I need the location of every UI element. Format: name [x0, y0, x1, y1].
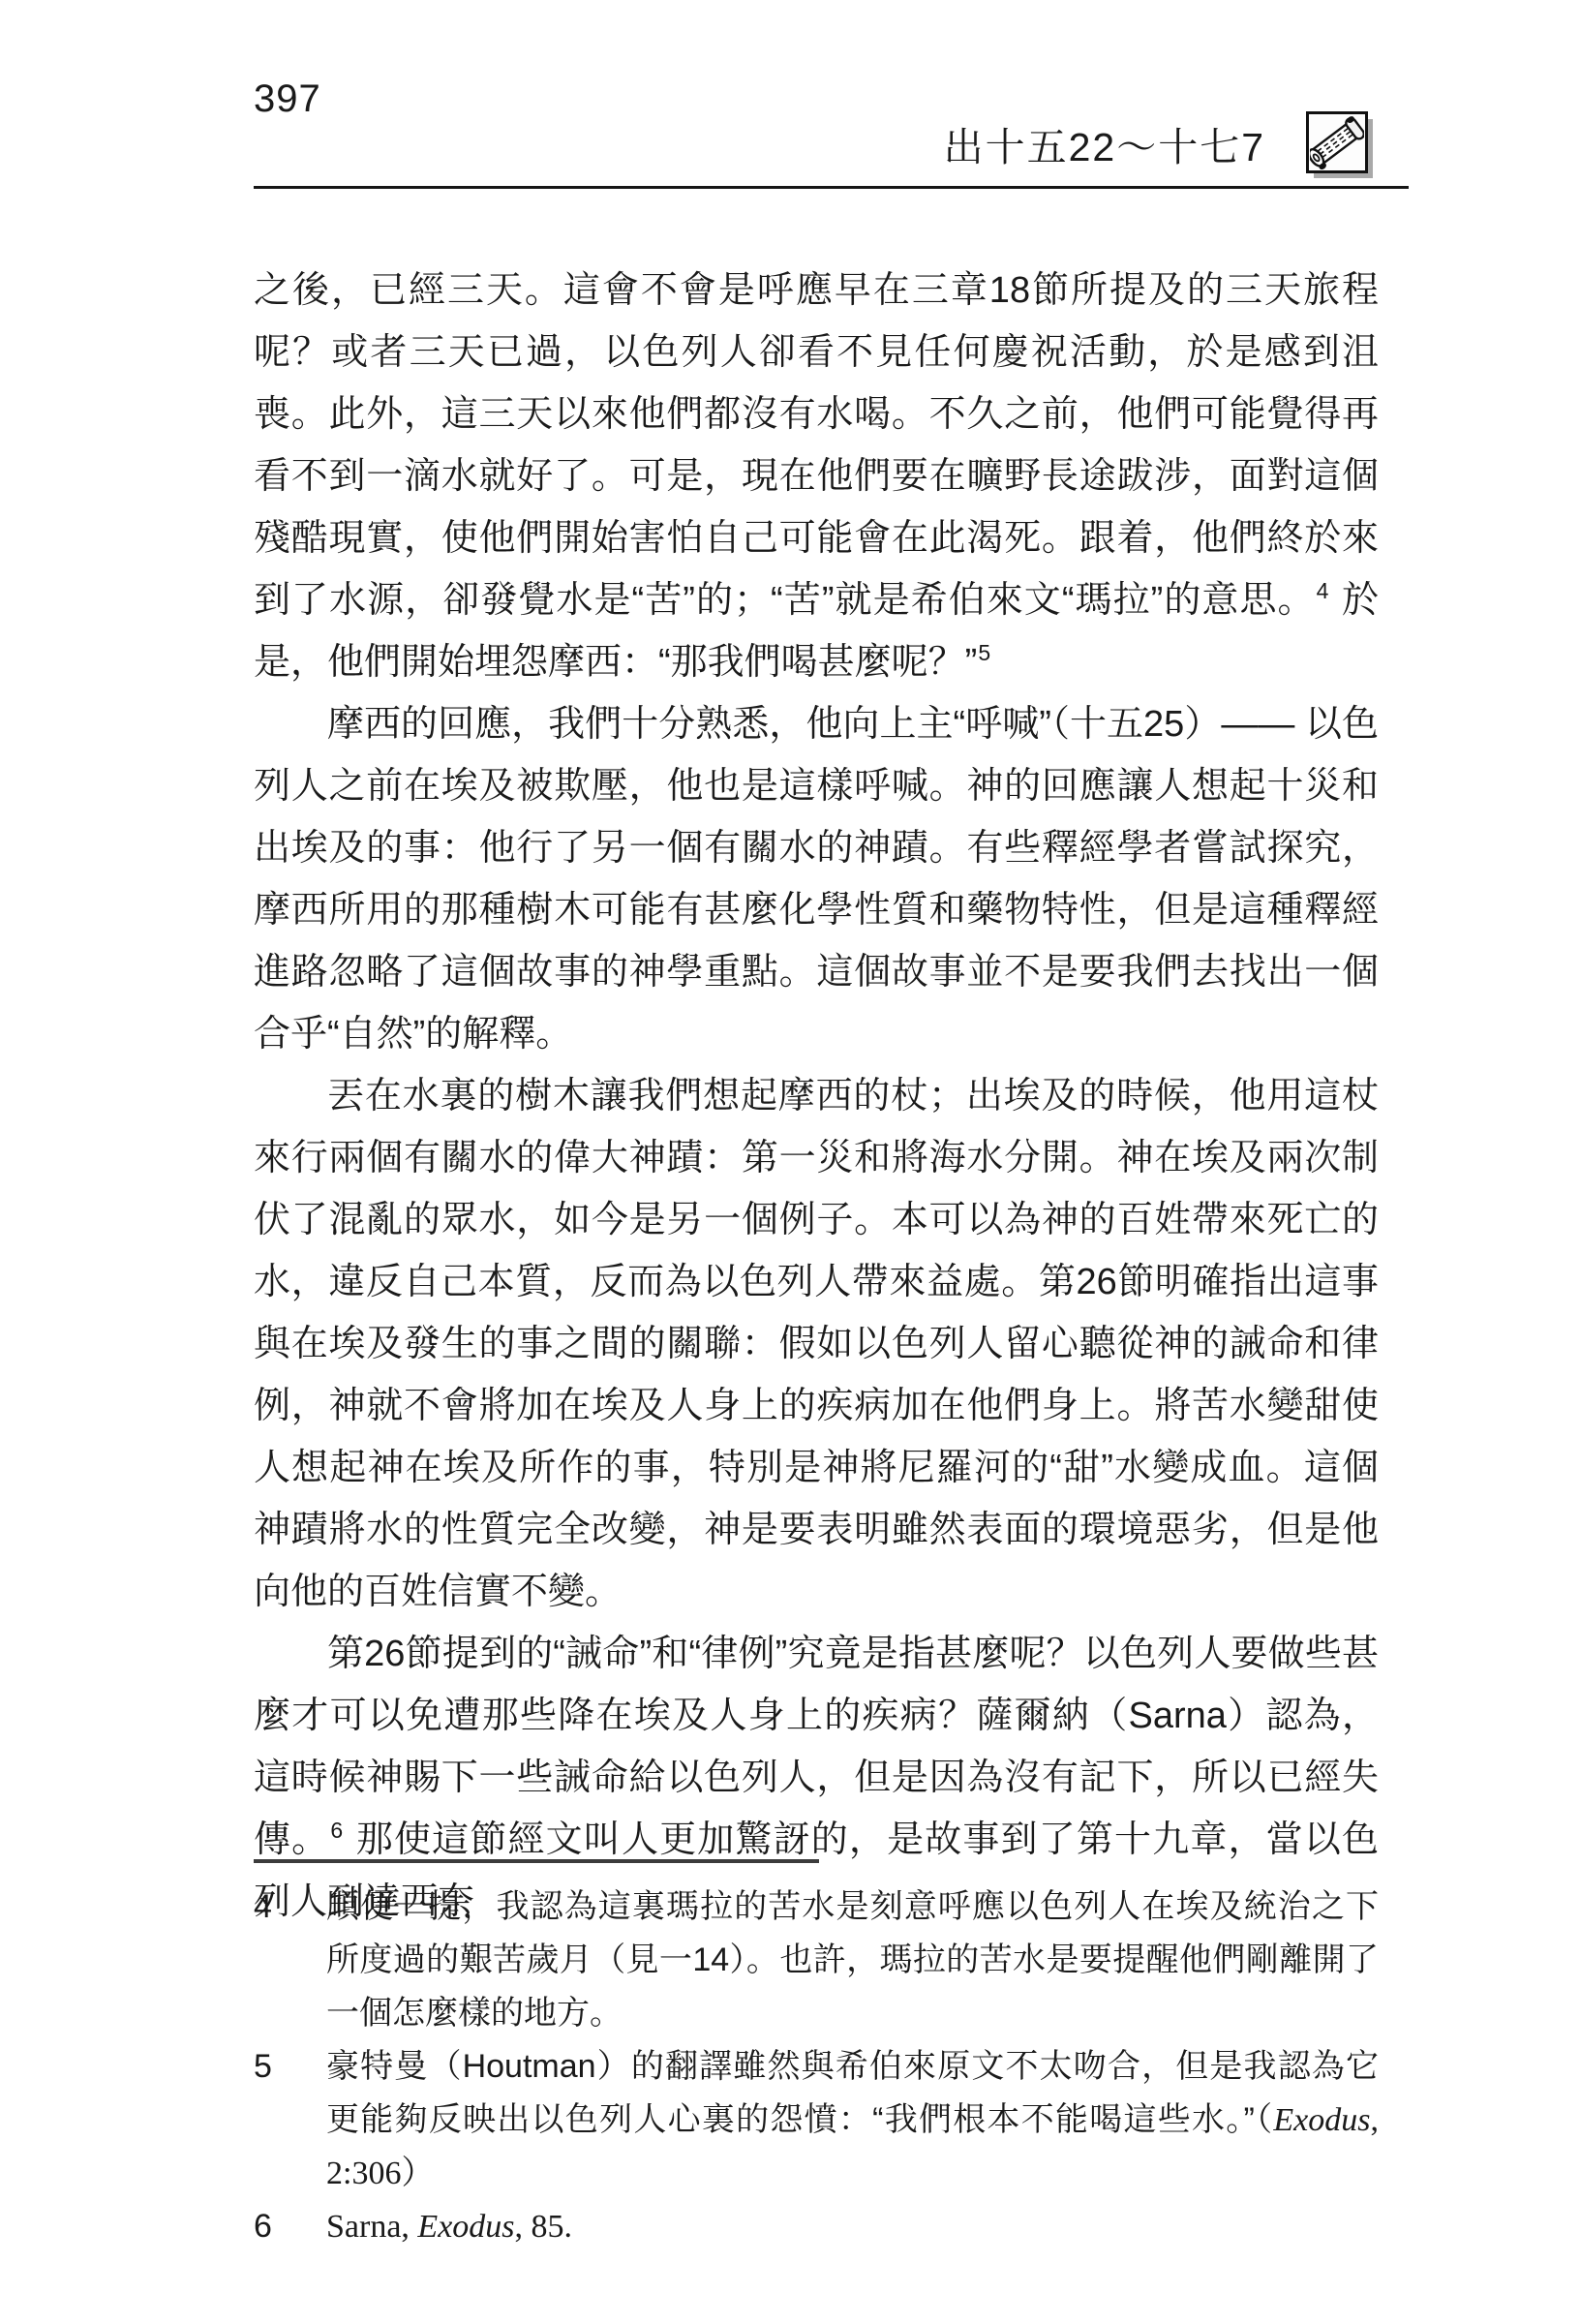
- paragraph-text: 摩西的回應，我們十分熟悉，他向上主“呼喊”（十五25）—— 以色列人之前在埃及被…: [254, 704, 1379, 1055]
- footnote-item: 5 豪特曼（Houtman）的翻譯雖然與希伯來原文不太吻合，但是我認為它更能夠反…: [254, 2040, 1379, 2200]
- footnote-number: 4: [254, 1881, 326, 1934]
- footnote-separator: [254, 1859, 819, 1863]
- footnote-ref-4: 4: [1316, 578, 1331, 603]
- footnote-text-part: , 85.: [515, 2209, 573, 2245]
- footnote-item: 6 Sarna, Exodus, 85.: [254, 2200, 1379, 2253]
- paragraph-text: 之後，已經三天。這會不會是呼應早在三章18節所提及的三天旅程呢？或者三天已過，以…: [254, 270, 1379, 621]
- paragraph: 摩西的回應，我們十分熟悉，他向上主“呼喊”（十五25）—— 以色列人之前在埃及被…: [254, 693, 1379, 1065]
- paragraph-text: 丟在水裏的樹木讓我們想起摩西的杖；出埃及的時候，他用這杖來行兩個有關水的偉大神蹟…: [254, 1076, 1379, 1612]
- footnote-text: 順便一提，我認為這裏瑪拉的苦水是刻意呼應以色列人在埃及統治之下所度過的艱苦歲月（…: [326, 1881, 1379, 2040]
- body-text: 之後，已經三天。這會不會是呼應早在三章18節所提及的三天旅程呢？或者三天已過，以…: [254, 260, 1379, 1933]
- footnote-number: 5: [254, 2040, 326, 2094]
- running-head-scripture-ref: 出十五22〜十七7: [944, 128, 1265, 168]
- footnote-text-part: 順便一提，我認為這裏瑪拉的苦水是刻意呼應以色列人在埃及統治之下所度過的艱苦歲月（…: [326, 1888, 1379, 2032]
- scroll-icon: [1305, 110, 1377, 182]
- footnote-text-part: 豪特曼（Houtman）的翻譯雖然與希伯來原文不太吻合，但是我認為它更能夠反映出…: [326, 2048, 1379, 2138]
- page-number: 397: [254, 79, 321, 118]
- footnote-text-part: Sarna,: [326, 2209, 417, 2245]
- footnote-ref-6: 6: [329, 1818, 345, 1843]
- footnote-citation-title: Exodus: [417, 2209, 514, 2245]
- footnotes-section: 4 順便一提，我認為這裏瑪拉的苦水是刻意呼應以色列人在埃及統治之下所度過的艱苦歲…: [254, 1859, 1379, 2253]
- paragraph: 丟在水裏的樹木讓我們想起摩西的杖；出埃及的時候，他用這杖來行兩個有關水的偉大神蹟…: [254, 1065, 1379, 1623]
- footnote-citation-title: Exodus: [1273, 2102, 1370, 2138]
- footnote-text: 豪特曼（Houtman）的翻譯雖然與希伯來原文不太吻合，但是我認為它更能夠反映出…: [326, 2040, 1379, 2200]
- footnote-number: 6: [254, 2200, 326, 2253]
- book-page: 397 出十五22〜十七7 之後，已經三天。這會不會是呼應早在三章18節所提: [0, 0, 1580, 2324]
- header-rule: [254, 186, 1409, 189]
- footnote-ref-5: 5: [977, 640, 992, 665]
- footnote-item: 4 順便一提，我認為這裏瑪拉的苦水是刻意呼應以色列人在埃及統治之下所度過的艱苦歲…: [254, 1881, 1379, 2040]
- paragraph: 之後，已經三天。這會不會是呼應早在三章18節所提及的三天旅程呢？或者三天已過，以…: [254, 260, 1379, 693]
- footnote-text: Sarna, Exodus, 85.: [326, 2200, 1379, 2253]
